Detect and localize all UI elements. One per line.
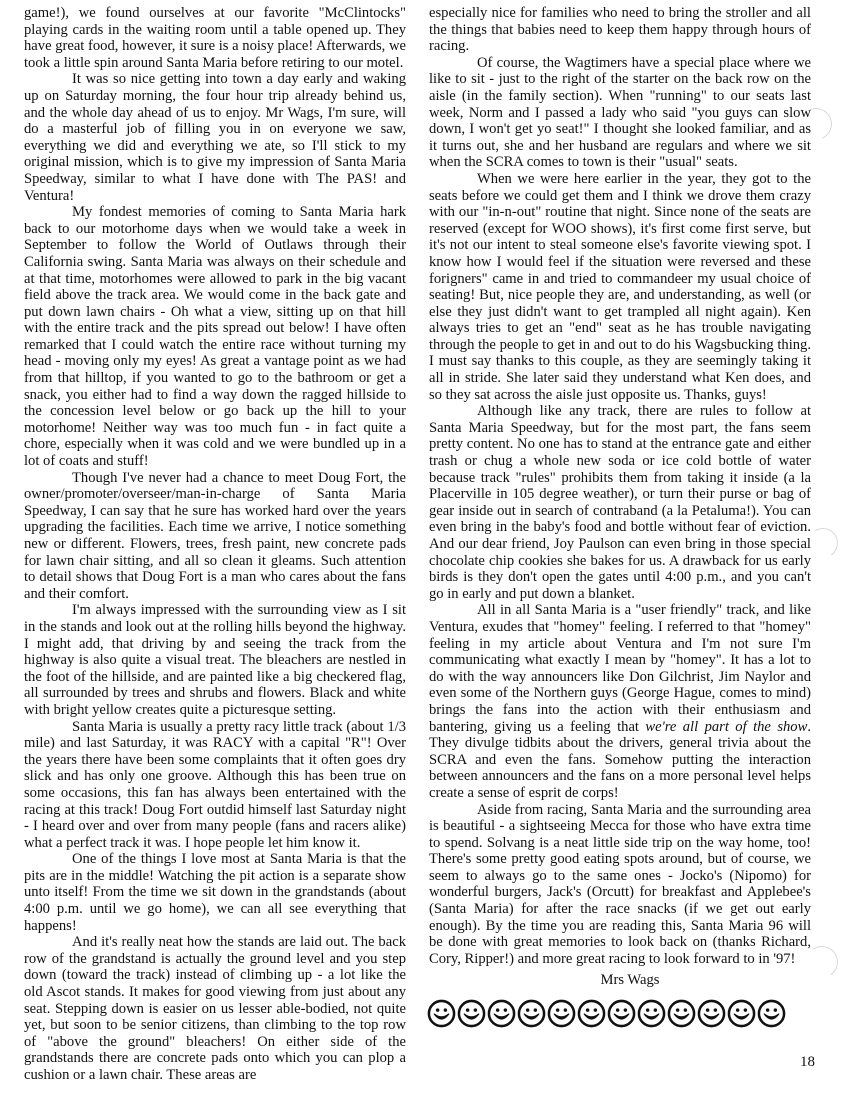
smiley-face-icon	[427, 999, 456, 1028]
smiley-face-icon	[577, 999, 606, 1028]
paragraph: Santa Maria is usually a pretty racy lit…	[24, 719, 406, 852]
paragraph: One of the things I love most at Santa M…	[24, 851, 406, 934]
smiley-face-icon	[667, 999, 696, 1028]
paragraph: All in all Santa Maria is a "user friend…	[429, 602, 811, 801]
smiley-face-icon	[457, 999, 486, 1028]
signature: Mrs Wags	[429, 971, 811, 989]
paragraph: I'm always impressed with the surroundin…	[24, 602, 406, 718]
smiley-row	[427, 999, 811, 1028]
right-column: especially nice for families who need to…	[429, 5, 811, 1028]
paragraph: Of course, the Wagtimers have a special …	[429, 55, 811, 171]
smiley-face-icon	[607, 999, 636, 1028]
paragraph: Although like any track, there are rules…	[429, 403, 811, 602]
paragraph: game!), we found ourselves at our favori…	[24, 5, 406, 71]
document-page: game!), we found ourselves at our favori…	[0, 0, 850, 1100]
paragraph: And it's really neat how the stands are …	[24, 934, 406, 1083]
paragraph: It was so nice getting into town a day e…	[24, 71, 406, 204]
smiley-face-icon	[517, 999, 546, 1028]
paragraph: Though I've never had a chance to meet D…	[24, 470, 406, 603]
smiley-face-icon	[727, 999, 756, 1028]
page-number: 18	[800, 1054, 815, 1071]
paragraph: When we were here earlier in the year, t…	[429, 171, 811, 403]
paragraph: especially nice for families who need to…	[429, 5, 811, 55]
paragraph: Aside from racing, Santa Maria and the s…	[429, 802, 811, 968]
paragraph-text: All in all Santa Maria is a "user friend…	[429, 602, 811, 734]
italic-phrase: we're all part of the show	[645, 719, 807, 735]
smiley-face-icon	[697, 999, 726, 1028]
smiley-face-icon	[757, 999, 786, 1028]
paragraph: My fondest memories of coming to Santa M…	[24, 204, 406, 470]
smiley-face-icon	[637, 999, 666, 1028]
smiley-face-icon	[547, 999, 576, 1028]
smiley-face-icon	[487, 999, 516, 1028]
left-column: game!), we found ourselves at our favori…	[24, 5, 406, 1084]
